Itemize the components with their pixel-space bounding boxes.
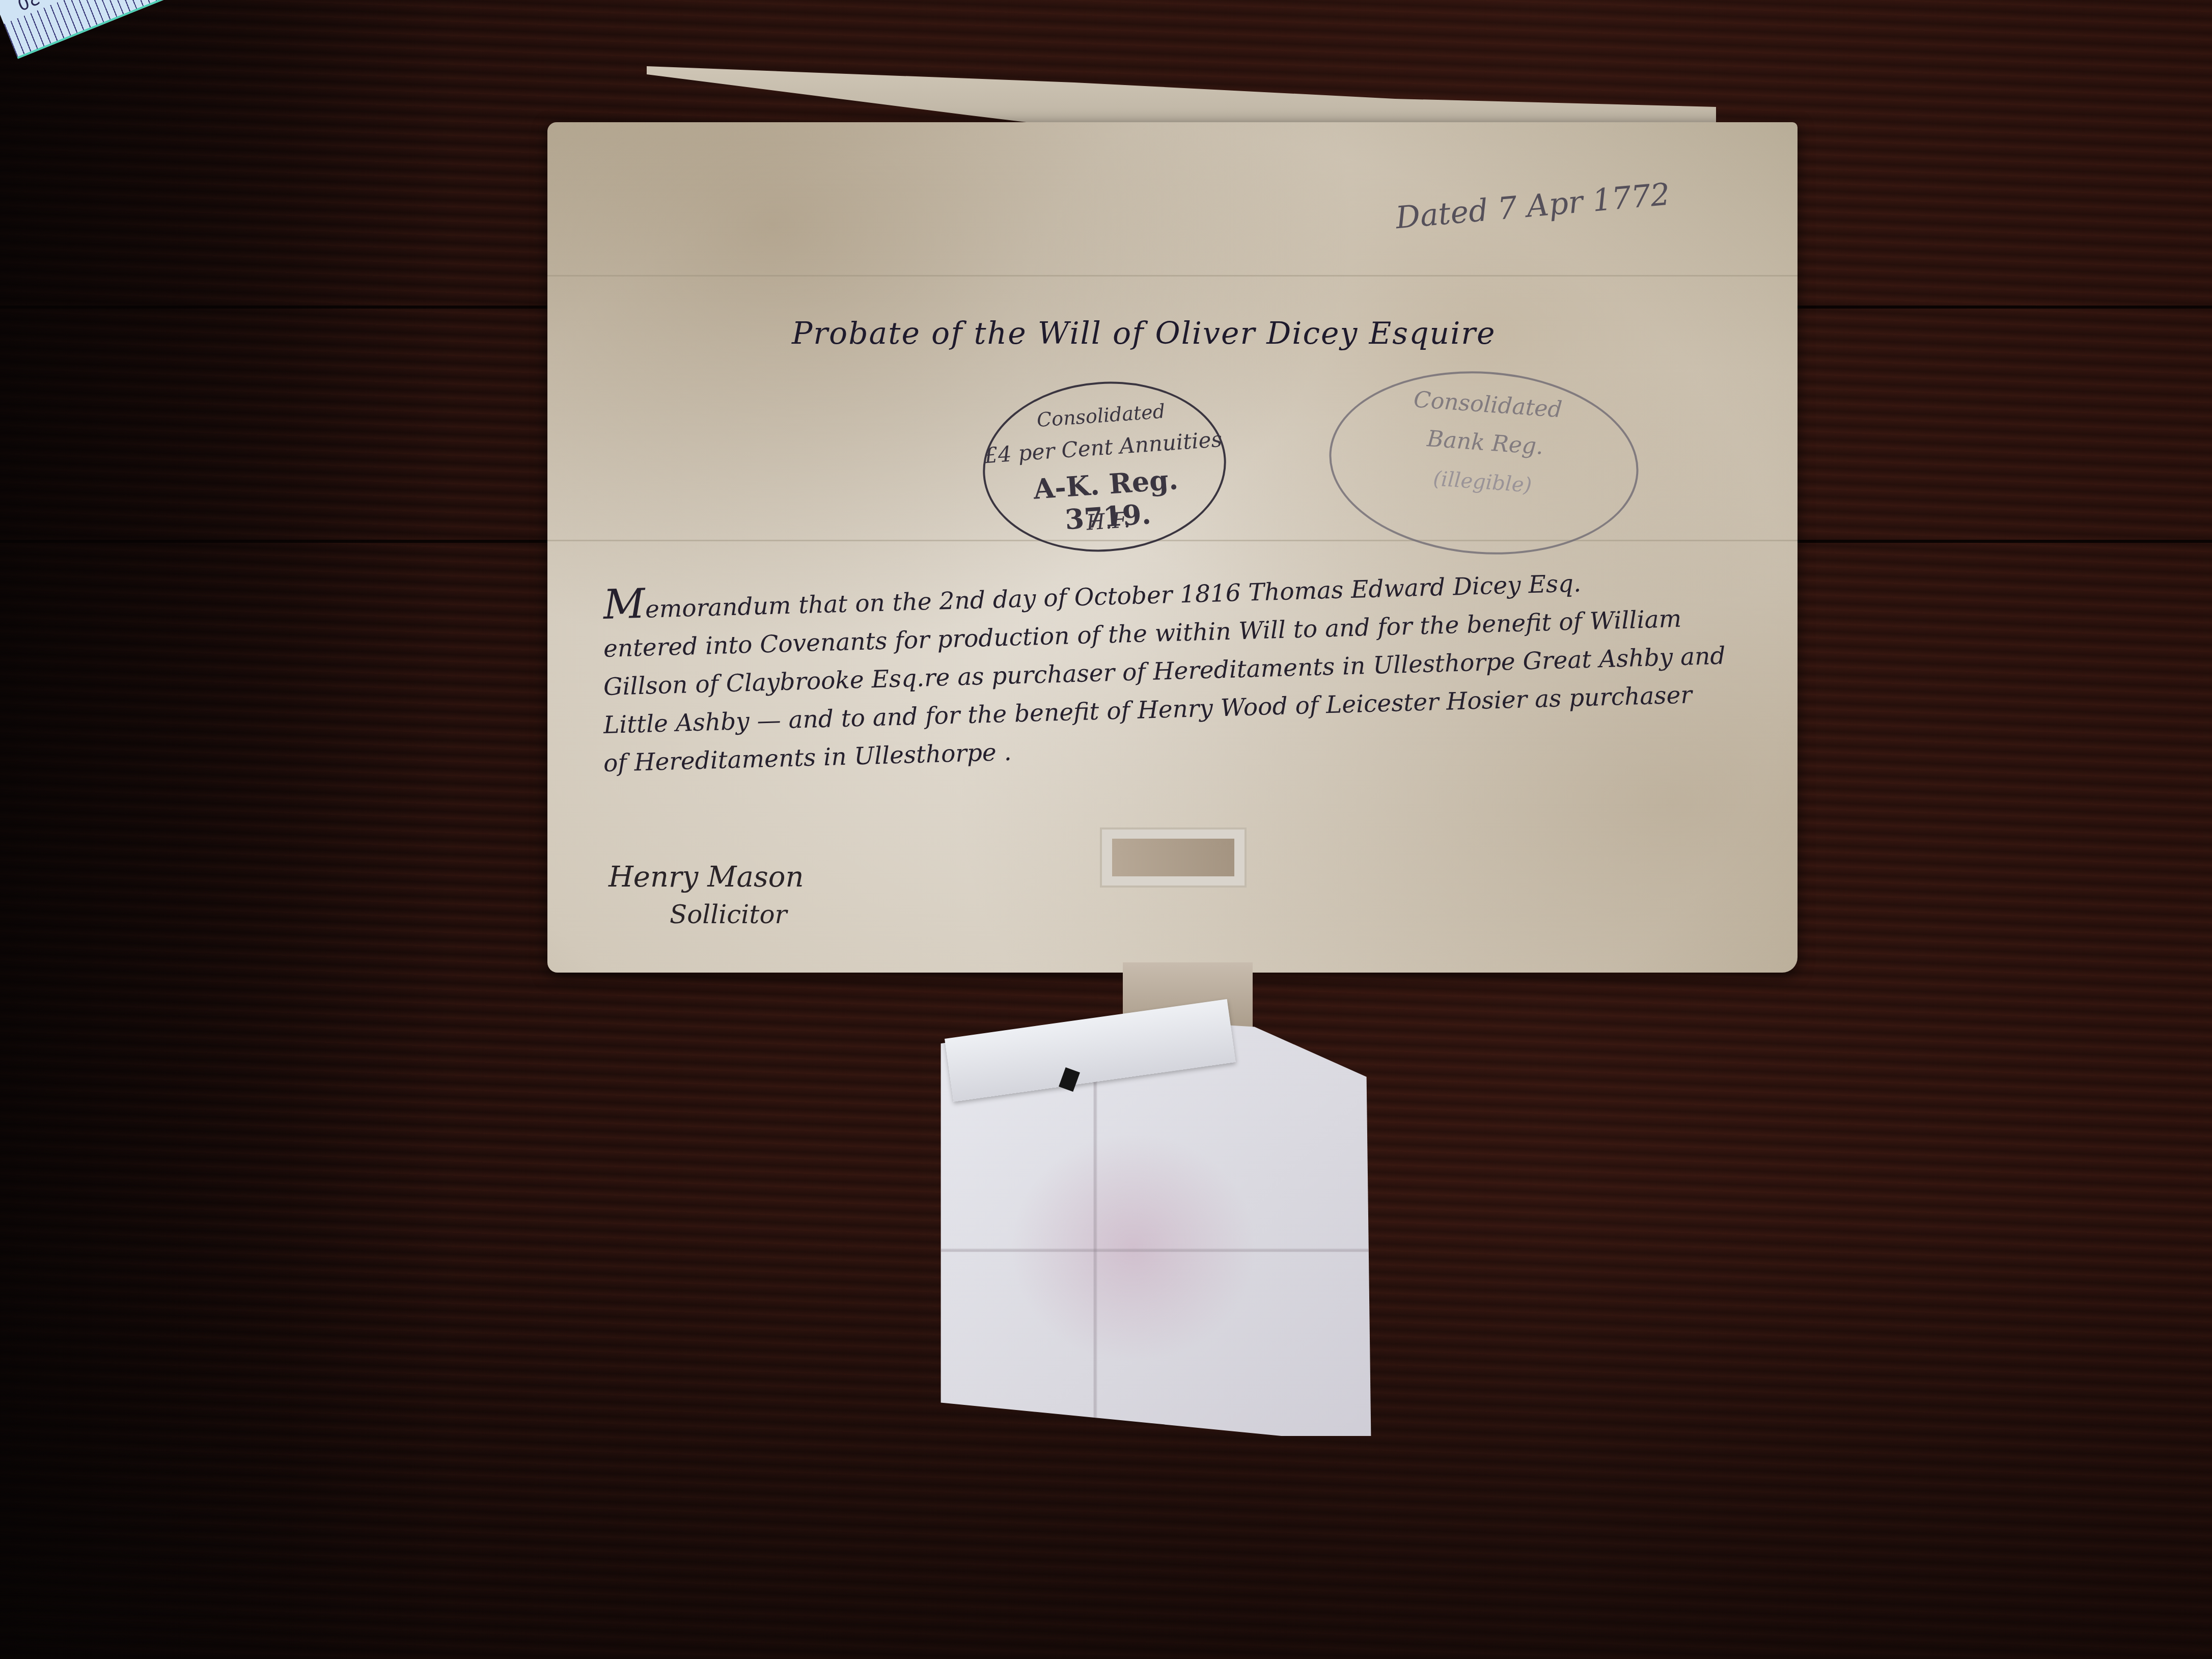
- signature-name: Henry Mason: [609, 861, 804, 894]
- docket-date: Dated 7 Apr 1772: [1394, 177, 1671, 236]
- faded-stamp: Consolidated Bank Reg. (illegible): [1323, 361, 1644, 565]
- registration-stamp: Consolidated £4 per Cent Annuities A-K. …: [977, 374, 1232, 560]
- solicitor-signature: Henry Mason Sollicitor: [609, 861, 804, 929]
- fold-line: [547, 275, 1798, 276]
- signature-title: Sollicitor: [670, 900, 804, 929]
- memorandum: Memorandum that on the 2nd day of Octobe…: [603, 586, 1775, 783]
- stamp-text: (illegible): [1329, 460, 1636, 505]
- memorandum-initial: M: [603, 580, 646, 628]
- probate-parchment: Dated 7 Apr 1772 Probate of the Will of …: [547, 122, 1798, 973]
- stamp-text: Consolidated: [1335, 381, 1641, 428]
- seal-tag-slot: [1100, 827, 1247, 888]
- document-title: Probate of the Will of Oliver Dicey Esqu…: [792, 316, 1496, 351]
- seal-tag-through-slot: [1112, 839, 1234, 876]
- stamp-text: Bank Reg.: [1332, 419, 1639, 466]
- fold-line: [547, 540, 1798, 541]
